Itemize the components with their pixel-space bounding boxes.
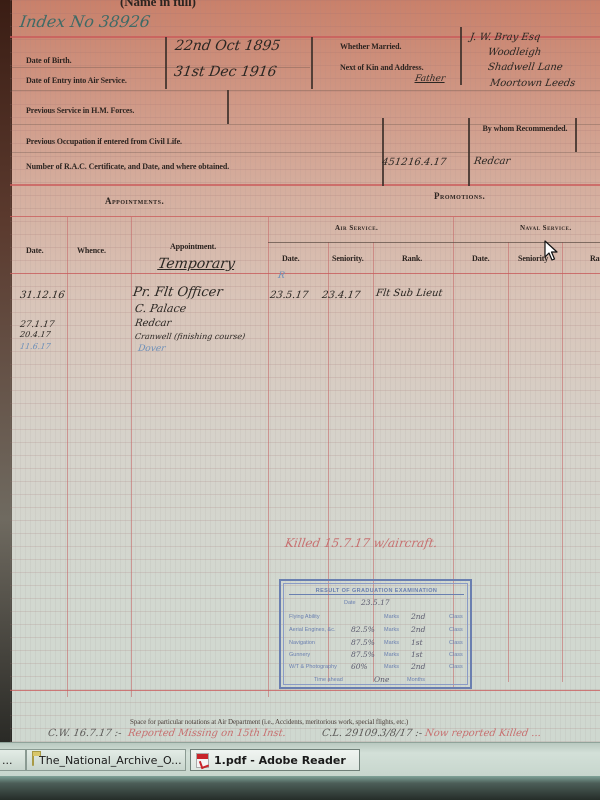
stamp-row-label: Aerial Engines, &c. xyxy=(289,627,335,633)
divider xyxy=(10,216,600,217)
col-air-seniority: Seniority. xyxy=(332,254,364,263)
appointment-date: 11.6.17 xyxy=(19,342,51,351)
stamp-marks-value: 2nd xyxy=(411,625,425,634)
mouse-cursor-icon xyxy=(544,240,558,262)
rac-place: Redcar xyxy=(473,156,511,167)
pdf-icon xyxy=(196,753,209,768)
stamp-class-label: Class xyxy=(449,652,463,658)
stamp-marks-value: 1st xyxy=(411,638,423,647)
stamp-row: Navigation 87.5% Marks 1st Class xyxy=(289,640,467,650)
stamp-footer-unit: Months xyxy=(407,677,425,683)
next-of-kin-address-line: Moortown Leeds xyxy=(489,78,576,89)
col-air-rank: Rank. xyxy=(402,254,422,263)
stamp-marks-value: 1st xyxy=(411,650,423,659)
promotion-date: 23.5.17 xyxy=(269,290,309,301)
stamp-row-value: 87.5% xyxy=(351,650,375,659)
rac-number: 4512 xyxy=(381,157,408,168)
divider xyxy=(131,217,132,697)
stamp-row: Flying Ability Marks 2nd Class xyxy=(289,614,467,624)
col-whence: Whence. xyxy=(77,246,106,255)
taskbar: ... The_National_Archive_O... 1.pdf - Ad… xyxy=(0,742,600,776)
appointment-date: 27.1.17 xyxy=(19,320,55,330)
graduation-stamp: RESULT OF GRADUATION EXAMINATION Date 23… xyxy=(279,579,472,689)
air-service-heading: Air Service. xyxy=(335,224,378,232)
appointment-value: Dover xyxy=(137,344,166,354)
taskbar-item-national-archive-folder[interactable]: The_National_Archive_O... xyxy=(26,749,186,771)
promotions-heading: Promotions. xyxy=(434,191,485,201)
folder-icon xyxy=(32,754,34,766)
stamp-row: W/T & Photography 60% Marks 2nd Class xyxy=(289,664,467,674)
stamp-date-row: Date 23.5.17 xyxy=(289,600,467,610)
stamp-class-label: Class xyxy=(449,640,463,646)
stamp-date-label: Date xyxy=(344,600,356,606)
stamp-row-value: 82.5% xyxy=(351,625,375,634)
previous-service-label: Previous Service in H.M. Forces. xyxy=(26,106,134,115)
death-note: Killed 15.7.17 w/aircraft. xyxy=(284,536,438,550)
divider xyxy=(460,27,462,85)
stamp-row-label: W/T & Photography xyxy=(289,664,337,670)
rac-date: 16.4.17 xyxy=(407,157,447,168)
next-of-kin-label: Next of Kin and Address. xyxy=(340,63,423,72)
stamp-row-label: Flying Ability xyxy=(289,614,320,620)
col-air-date: Date. xyxy=(282,254,300,263)
dob-value: 22nd Oct 1895 xyxy=(174,38,282,54)
divider xyxy=(10,152,600,153)
appointment-value: Redcar xyxy=(134,318,172,329)
stamp-class-label: Class xyxy=(449,664,463,670)
next-of-kin-address-line: Woodleigh xyxy=(487,47,542,58)
entry-date-value: 31st Dec 1916 xyxy=(173,64,278,80)
divider xyxy=(311,37,313,89)
stamp-marks-value: 2nd xyxy=(411,662,425,671)
divider xyxy=(468,118,470,186)
col-naval-rank: Rank xyxy=(590,254,600,263)
divider xyxy=(67,217,68,697)
notation-entry: Now reported Killed ... xyxy=(424,728,542,739)
index-number: Index No 38926 xyxy=(19,12,152,31)
promotion-mark: R xyxy=(277,271,285,281)
appointment-value: Pr. Flt Officer xyxy=(132,285,224,300)
notation-entry: C.L. 29109. xyxy=(321,728,381,739)
promotion-rank: Flt Sub Lieut xyxy=(375,288,443,299)
dob-label: Date of Birth. xyxy=(26,56,71,65)
stamp-class-label: Class xyxy=(449,627,463,633)
appointment-value: C. Palace xyxy=(134,302,187,315)
stamp-footer-value: One xyxy=(374,675,389,684)
taskbar-item-label: ... xyxy=(2,754,13,767)
naval-service-heading: Naval Service. xyxy=(520,224,572,232)
stamp-marks-label: Marks xyxy=(384,614,399,620)
stamp-row: Gunnery 87.5% Marks 1st Class xyxy=(289,652,467,662)
notations-label: Space for particular notations at Air De… xyxy=(130,718,408,726)
divider xyxy=(575,118,577,152)
rac-certificate-label: Number of R.A.C. Certificate, and Date, … xyxy=(26,162,229,171)
stamp-row-value: 60% xyxy=(351,662,368,671)
stamp-marks-value: 2nd xyxy=(411,612,425,621)
col-date: Date. xyxy=(26,246,44,255)
divider xyxy=(10,184,600,186)
divider xyxy=(382,118,384,186)
appointments-heading: Appointments. xyxy=(105,196,164,206)
taskbar-item-label: The_National_Archive_O... xyxy=(39,754,182,767)
stamp-row-label: Navigation xyxy=(289,640,315,646)
divider xyxy=(508,242,509,682)
divider xyxy=(227,90,229,124)
stamp-row: Aerial Engines, &c. 82.5% Marks 2nd Clas… xyxy=(289,627,467,637)
divider xyxy=(268,217,269,697)
divider xyxy=(10,690,600,691)
stamp-row-value: 87.5% xyxy=(351,638,375,647)
divider xyxy=(562,242,563,682)
appointment-type: Temporary xyxy=(157,256,236,272)
stamp-date: 23.5.17 xyxy=(361,598,390,607)
stamp-marks-label: Marks xyxy=(384,640,399,646)
next-of-kin-address-line: J. W. Bray Esq xyxy=(469,32,541,43)
notation-entry: 3/8/17 :- xyxy=(379,728,423,739)
next-of-kin-relation: Father xyxy=(414,74,445,84)
monitor-bezel xyxy=(0,776,600,800)
appointment-date: 31.12.16 xyxy=(19,290,65,301)
stamp-marks-label: Marks xyxy=(384,664,399,670)
recommended-by-label: By whom Recommended. xyxy=(480,124,570,134)
married-label: Whether Married. xyxy=(340,42,401,51)
appointment-value: Cranwell (finishing course) xyxy=(134,332,245,341)
divider xyxy=(10,90,600,91)
notation-entry: C.W. 16.7.17 :- xyxy=(47,728,122,739)
previous-occupation-label: Previous Occupation if entered from Civi… xyxy=(26,137,182,146)
taskbar-item-overflow[interactable]: ... xyxy=(0,749,26,771)
notation-entry: Reported Missing on 15th Inst. xyxy=(127,728,286,739)
pdf-viewport[interactable]: (Name in full) Index No 38926 Date of Bi… xyxy=(0,0,600,742)
stamp-footer-label: Time ahead xyxy=(314,677,343,683)
stamp-class-label: Class xyxy=(449,614,463,620)
divider xyxy=(165,37,167,89)
stamp-footer: Time ahead One Months xyxy=(289,677,467,687)
taskbar-item-label: 1.pdf - Adobe Reader xyxy=(214,754,346,767)
col-naval-date: Date. xyxy=(472,254,490,263)
stamp-marks-label: Marks xyxy=(384,652,399,658)
name-header: (Name in full) xyxy=(120,0,196,10)
stamp-marks-label: Marks xyxy=(384,627,399,633)
stamp-title: RESULT OF GRADUATION EXAMINATION xyxy=(289,588,464,595)
stamp-row-label: Gunnery xyxy=(289,652,310,658)
promotion-seniority: 23.4.17 xyxy=(321,290,361,301)
divider xyxy=(10,273,600,274)
taskbar-item-adobe-reader[interactable]: 1.pdf - Adobe Reader xyxy=(190,749,360,771)
next-of-kin-address-line: Shadwell Lane xyxy=(487,62,563,73)
appointment-date: 20.4.17 xyxy=(19,330,51,339)
col-appointment: Appointment. xyxy=(170,242,216,251)
entry-date-label: Date of Entry into Air Service. xyxy=(26,76,127,85)
